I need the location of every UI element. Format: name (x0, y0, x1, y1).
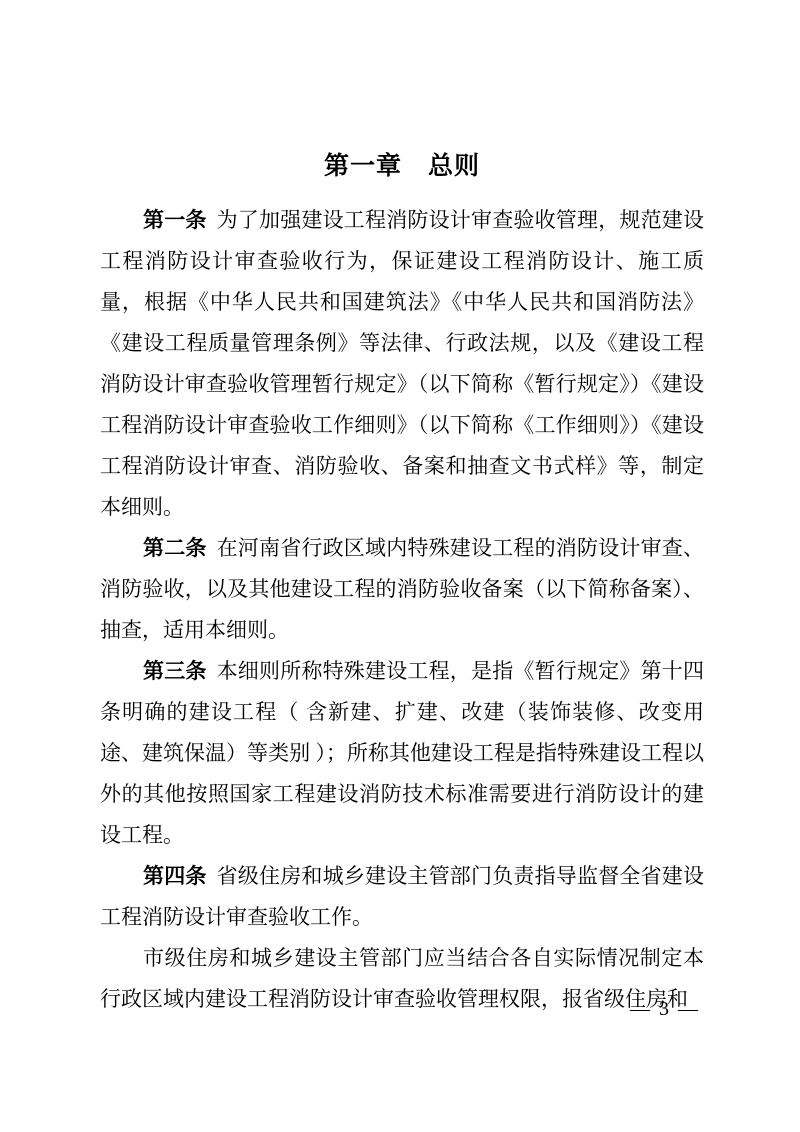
article-2-label: 第二条 (143, 536, 207, 560)
document-page: 第一章 总则 第一条为了加强建设工程消防设计审查验收管理，规范建设工程消防设计审… (0, 0, 800, 1132)
article-3-label: 第三条 (143, 659, 207, 683)
article-2: 第二条在河南省行政区域内特殊建设工程的消防设计审查、消防验收，以及其他建设工程的… (100, 528, 704, 651)
article-3-text: 本细则所称特殊建设工程，是指《暂行规定》第十四条明确的建设工程（ 含新建、扩建、… (100, 659, 704, 847)
chapter-title: 第一章 总则 (100, 146, 704, 182)
article-1-text: 为了加强建设工程消防设计审查验收管理，规范建设工程消防设计审查验收行为，保证建设… (100, 208, 704, 519)
article-4-continuation-text: 市级住房和城乡建设主管部门应当结合各自实际情况制定本行政区域内建设工程消防设计审… (100, 946, 704, 1011)
document-body: 第一条为了加强建设工程消防设计审查验收管理，规范建设工程消防设计审查验收行为，保… (100, 200, 704, 1020)
article-1-label: 第一条 (143, 208, 207, 232)
article-1: 第一条为了加强建设工程消防设计审查验收管理，规范建设工程消防设计审查验收行为，保… (100, 200, 704, 528)
article-4-continuation: 市级住房和城乡建设主管部门应当结合各自实际情况制定本行政区域内建设工程消防设计审… (100, 938, 704, 1020)
article-4-label: 第四条 (143, 864, 207, 888)
article-4: 第四条省级住房和城乡建设主管部门负责指导监督全省建设工程消防设计审查验收工作。 (100, 856, 704, 938)
article-3: 第三条本细则所称特殊建设工程，是指《暂行规定》第十四条明确的建设工程（ 含新建、… (100, 651, 704, 856)
page-number: — 3 — (630, 998, 700, 1021)
